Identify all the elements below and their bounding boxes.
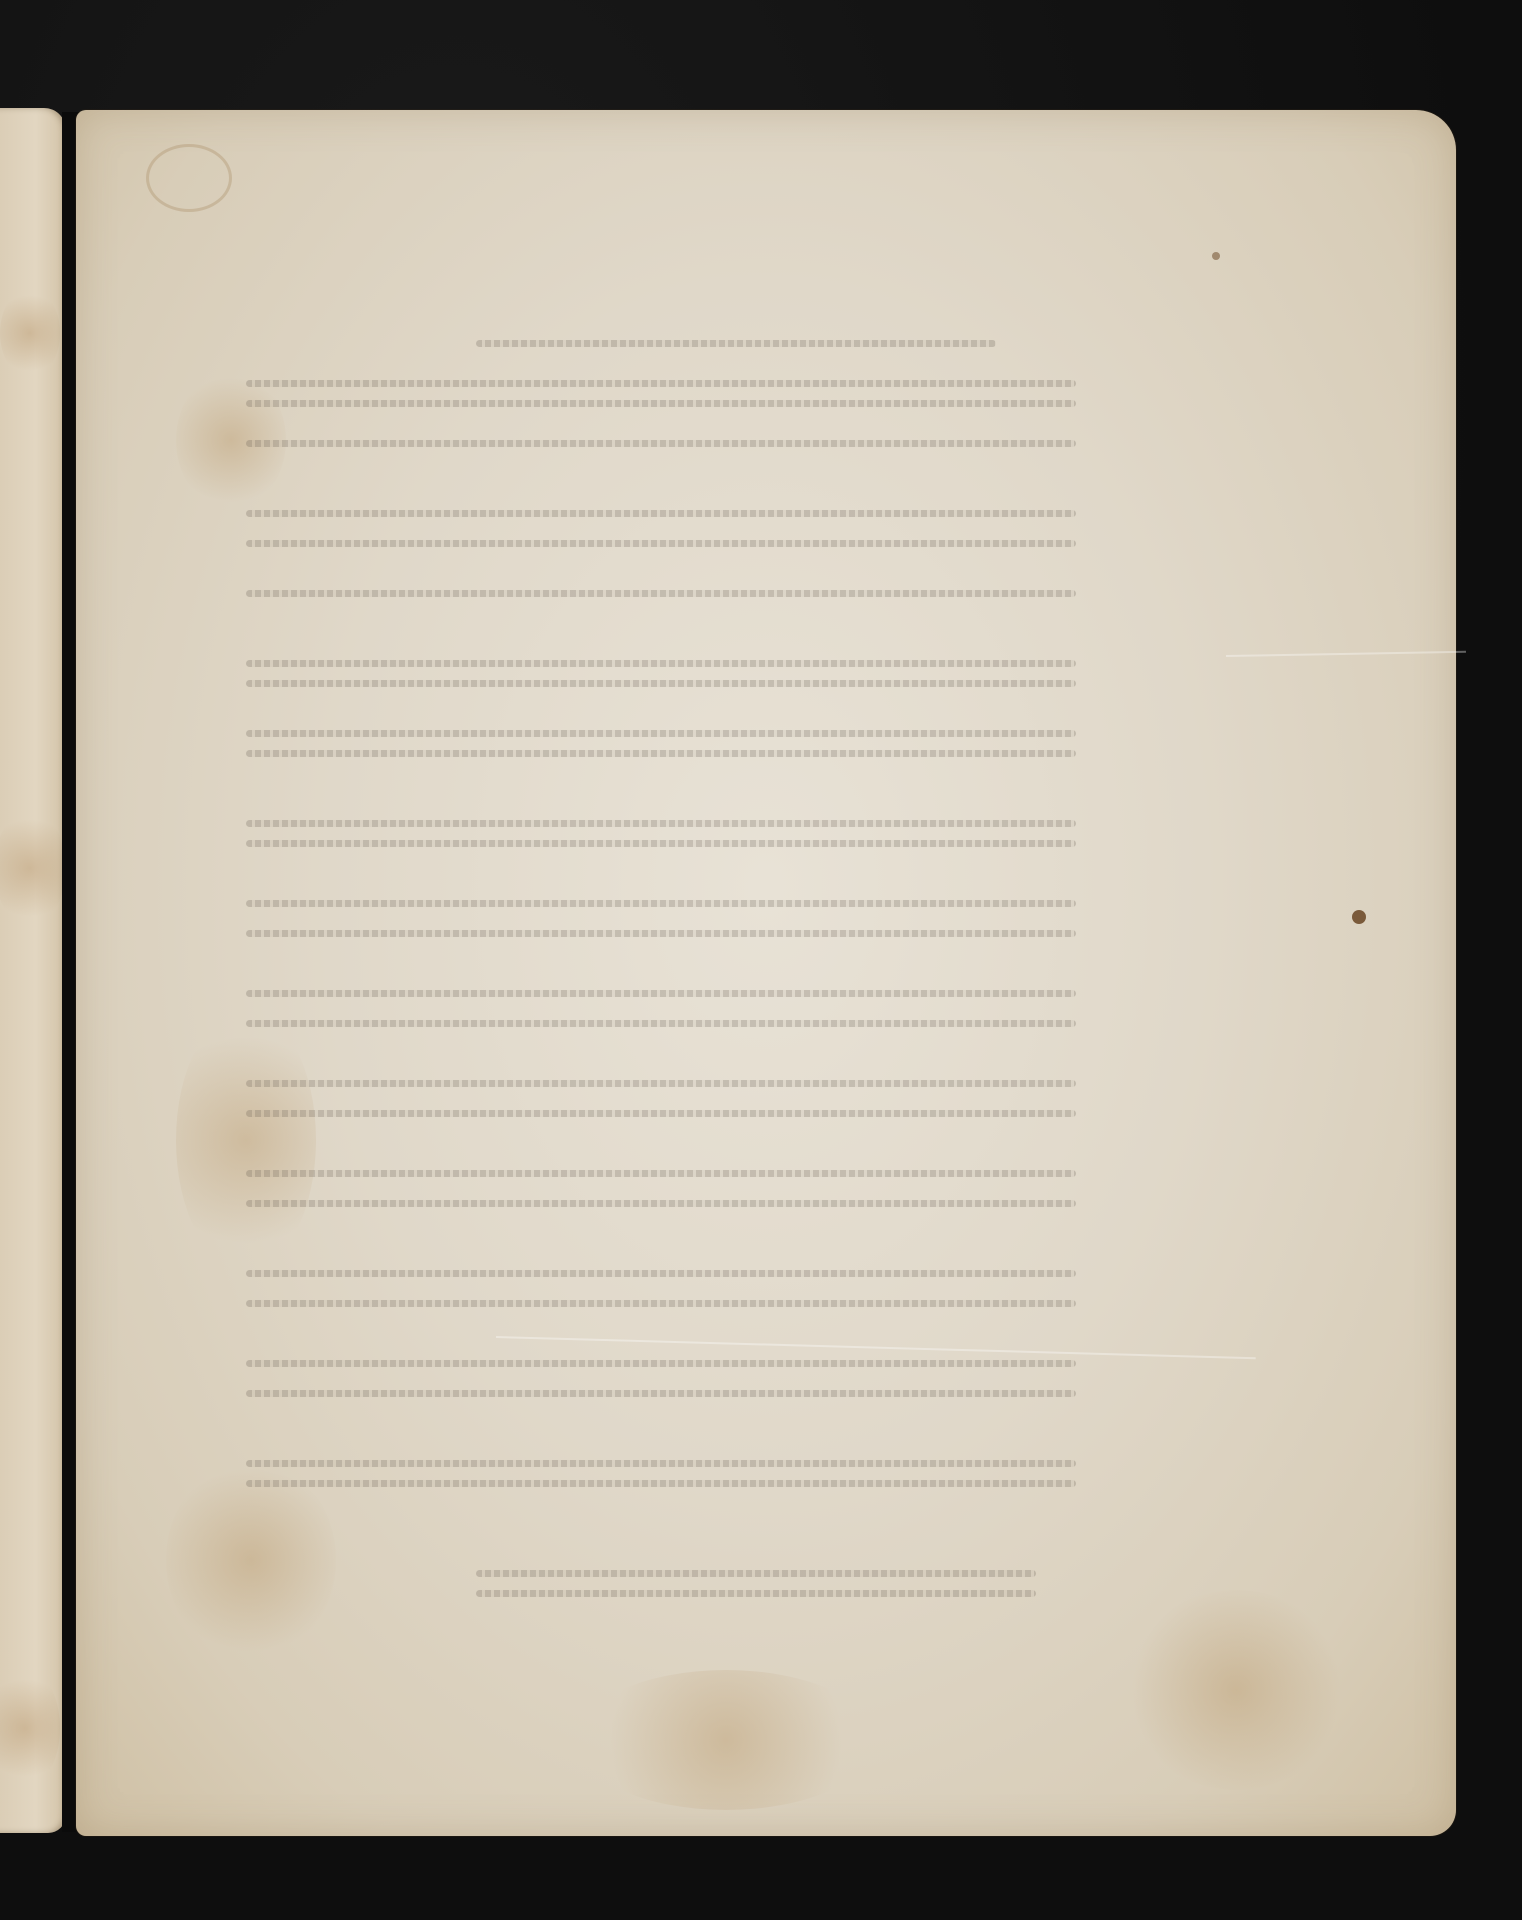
bleed-through-line (246, 1360, 1076, 1367)
bleed-through-line (246, 660, 1076, 667)
bleed-through-line (246, 1300, 1076, 1307)
ink-spot (1212, 252, 1220, 260)
adjacent-page-edge (0, 108, 66, 1833)
bleed-through-line (246, 1200, 1076, 1207)
bleed-through-line (246, 750, 1076, 757)
bleed-through-line (246, 1460, 1076, 1467)
bleed-through-line (246, 590, 1076, 597)
bleed-through-line (476, 1590, 1036, 1597)
bleed-through-line (246, 1080, 1076, 1087)
bleed-through-line (246, 380, 1076, 387)
bleed-through-line (246, 400, 1076, 407)
photo-scene (0, 0, 1522, 1920)
water-stain (146, 144, 232, 212)
bleed-through-line (246, 680, 1076, 687)
ink-spot (1352, 910, 1366, 924)
bleed-through-line (246, 510, 1076, 517)
book-page (76, 110, 1456, 1836)
bleed-through-line (246, 440, 1076, 447)
bleed-through-line (246, 1110, 1076, 1117)
bleed-through-line (246, 1020, 1076, 1027)
bleed-through-line (246, 1270, 1076, 1277)
bleed-through-line (246, 1170, 1076, 1177)
bleed-through-line (476, 340, 996, 347)
bleed-through-line (246, 730, 1076, 737)
bleed-through-line (246, 1480, 1076, 1487)
bleed-through-line (246, 990, 1076, 997)
bleed-through-line (246, 820, 1076, 827)
bleed-through-line (246, 840, 1076, 847)
bleed-through-line (246, 900, 1076, 907)
bleed-through-line (246, 540, 1076, 547)
bleed-through-text (206, 260, 1306, 1760)
bleed-through-line (246, 930, 1076, 937)
bleed-through-line (476, 1570, 1036, 1577)
bleed-through-line (246, 1390, 1076, 1397)
